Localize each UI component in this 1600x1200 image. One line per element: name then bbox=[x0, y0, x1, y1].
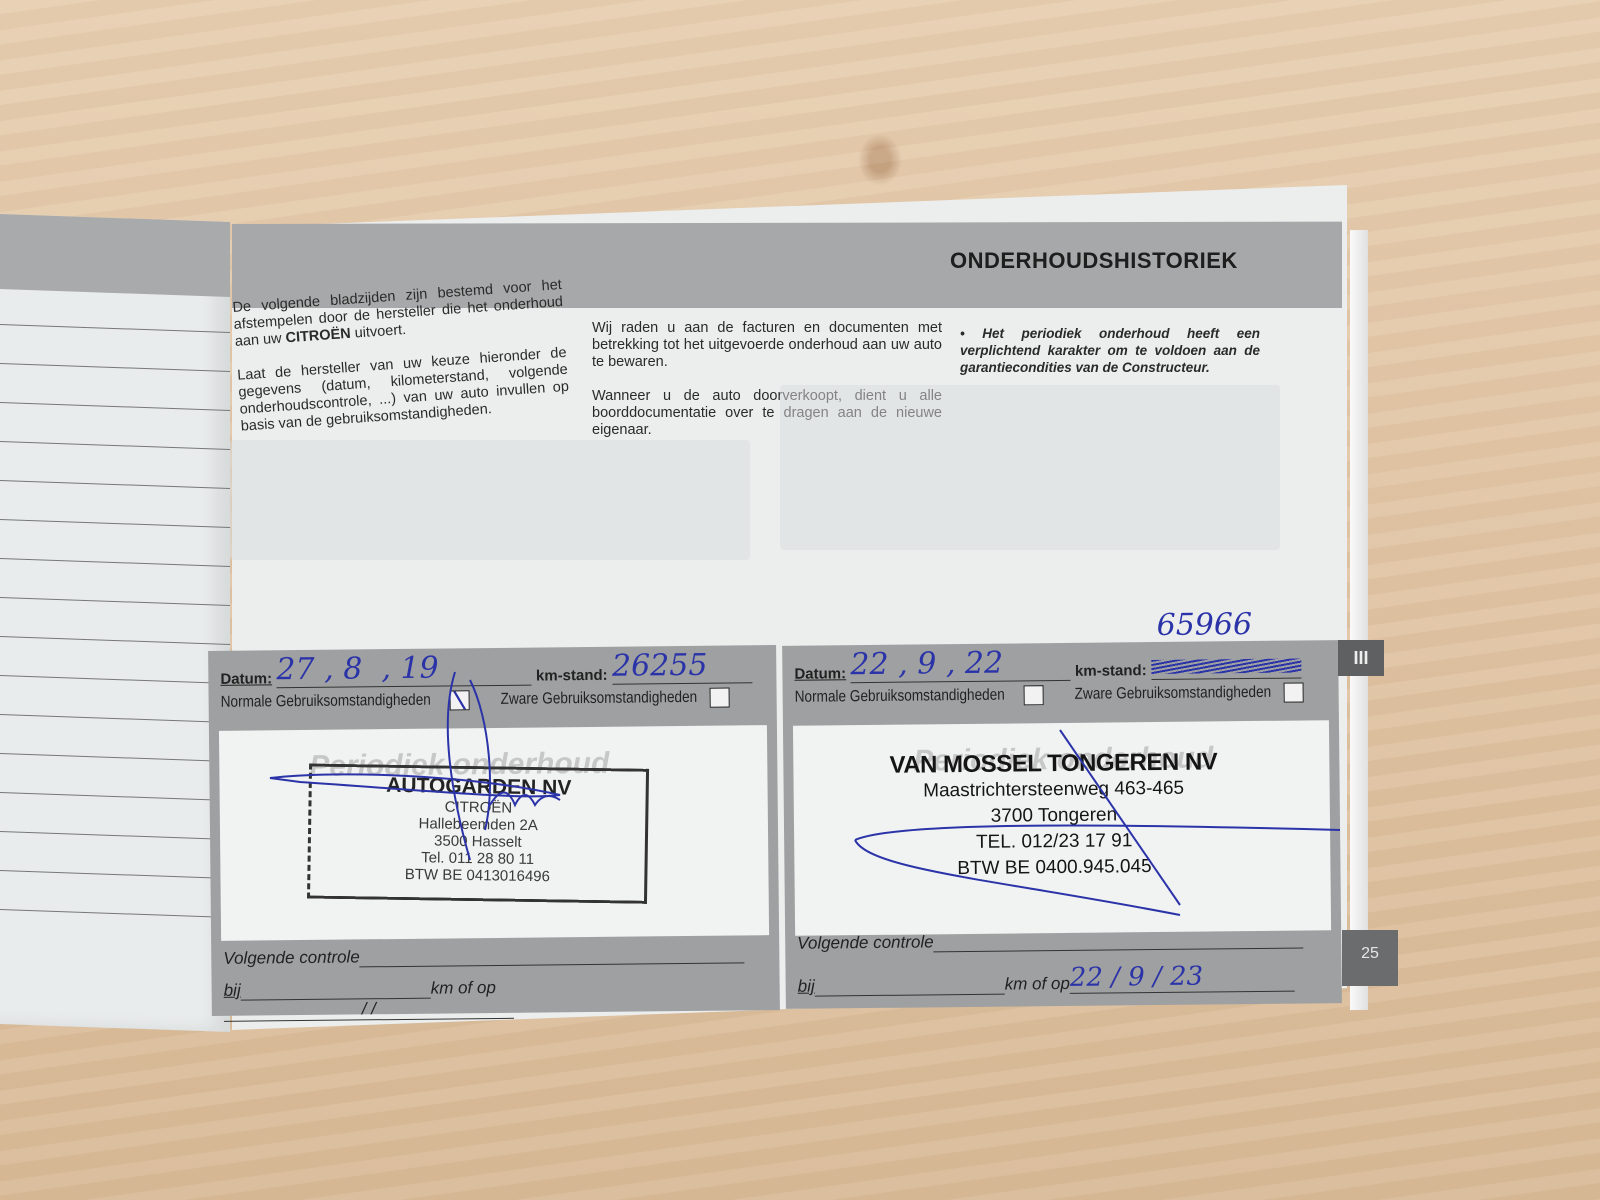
next-check-field[interactable] bbox=[934, 947, 1304, 952]
brand-name: CITROËN bbox=[285, 326, 351, 347]
intro-column-1: De volgende bladzijden zijn bestemd voor… bbox=[232, 277, 572, 453]
dealer-stamp-area: Periodiek onderhoud AUTOGARDEN NV CITROË… bbox=[219, 725, 769, 941]
conditions-row: Normale Gebruiksomstandigheden Zware Geb… bbox=[221, 687, 765, 713]
dealer-stamp: VAN MOSSEL TONGEREN NV Maastrichtersteen… bbox=[863, 749, 1244, 883]
show-through-box-right bbox=[780, 385, 1280, 550]
next-date-field[interactable]: / / bbox=[224, 998, 514, 1022]
next-check-row: Volgende controle bbox=[223, 943, 767, 969]
intro-column-3-notice: Het periodiek onderhoud heeft een verpli… bbox=[960, 325, 1260, 393]
maintenance-entry-1: Datum: 27 , 8 , 19 km-stand: 26255 Norma… bbox=[208, 645, 780, 1016]
date-field[interactable]: 22 , 9 , 22 bbox=[850, 645, 1070, 683]
next-check-row: Volgende controle bbox=[797, 928, 1329, 954]
show-through-box-left bbox=[230, 440, 750, 560]
section-title: ONDERHOUDSHISTORIEK bbox=[950, 248, 1238, 274]
conditions-row: Normale Gebruiksomstandigheden Zware Geb… bbox=[795, 682, 1327, 708]
date-field[interactable]: 27 , 8 , 19 bbox=[276, 650, 531, 689]
section-marker-tab: III bbox=[1338, 640, 1384, 676]
page-stack-edge bbox=[1350, 230, 1368, 1010]
left-page bbox=[0, 214, 230, 1032]
next-date-field[interactable]: 22 / 9 / 23 bbox=[1070, 961, 1295, 994]
next-km-row: bijkm of op22 / 9 / 23 bbox=[797, 960, 1329, 997]
crossed-out-km bbox=[1151, 658, 1301, 674]
next-km-row: bijkm of op/ / bbox=[224, 975, 768, 1022]
dealer-stamp-area: Periodiek onderhoud VAN MOSSEL TONGEREN … bbox=[793, 720, 1331, 936]
next-check-field[interactable] bbox=[360, 962, 745, 967]
km-field[interactable]: 26255 bbox=[612, 647, 752, 684]
left-page-ruled-lines bbox=[0, 324, 230, 956]
km-field[interactable]: 65966 bbox=[1151, 658, 1301, 680]
date-km-row: Datum: 27 , 8 , 19 km-stand: 26255 bbox=[220, 647, 764, 689]
left-page-header-band bbox=[0, 214, 230, 297]
heavy-conditions-checkbox[interactable] bbox=[709, 688, 729, 708]
normal-conditions-checkbox[interactable] bbox=[1024, 685, 1044, 705]
date-km-row: Datum: 22 , 9 , 22 km-stand: 65966 bbox=[794, 642, 1326, 684]
heavy-conditions-checkbox[interactable] bbox=[1283, 682, 1303, 702]
page-number: 25 bbox=[1342, 930, 1398, 986]
normal-conditions-checkbox[interactable] bbox=[450, 690, 470, 710]
km-correction: 65966 bbox=[1156, 607, 1252, 643]
dealer-stamp: AUTOGARDEN NV CITROËN Hallebeemden 2A 35… bbox=[307, 764, 649, 904]
next-km-field[interactable] bbox=[815, 994, 1005, 997]
maintenance-entry-2: Datum: 22 , 9 , 22 km-stand: 65966 Norma… bbox=[782, 640, 1342, 1009]
